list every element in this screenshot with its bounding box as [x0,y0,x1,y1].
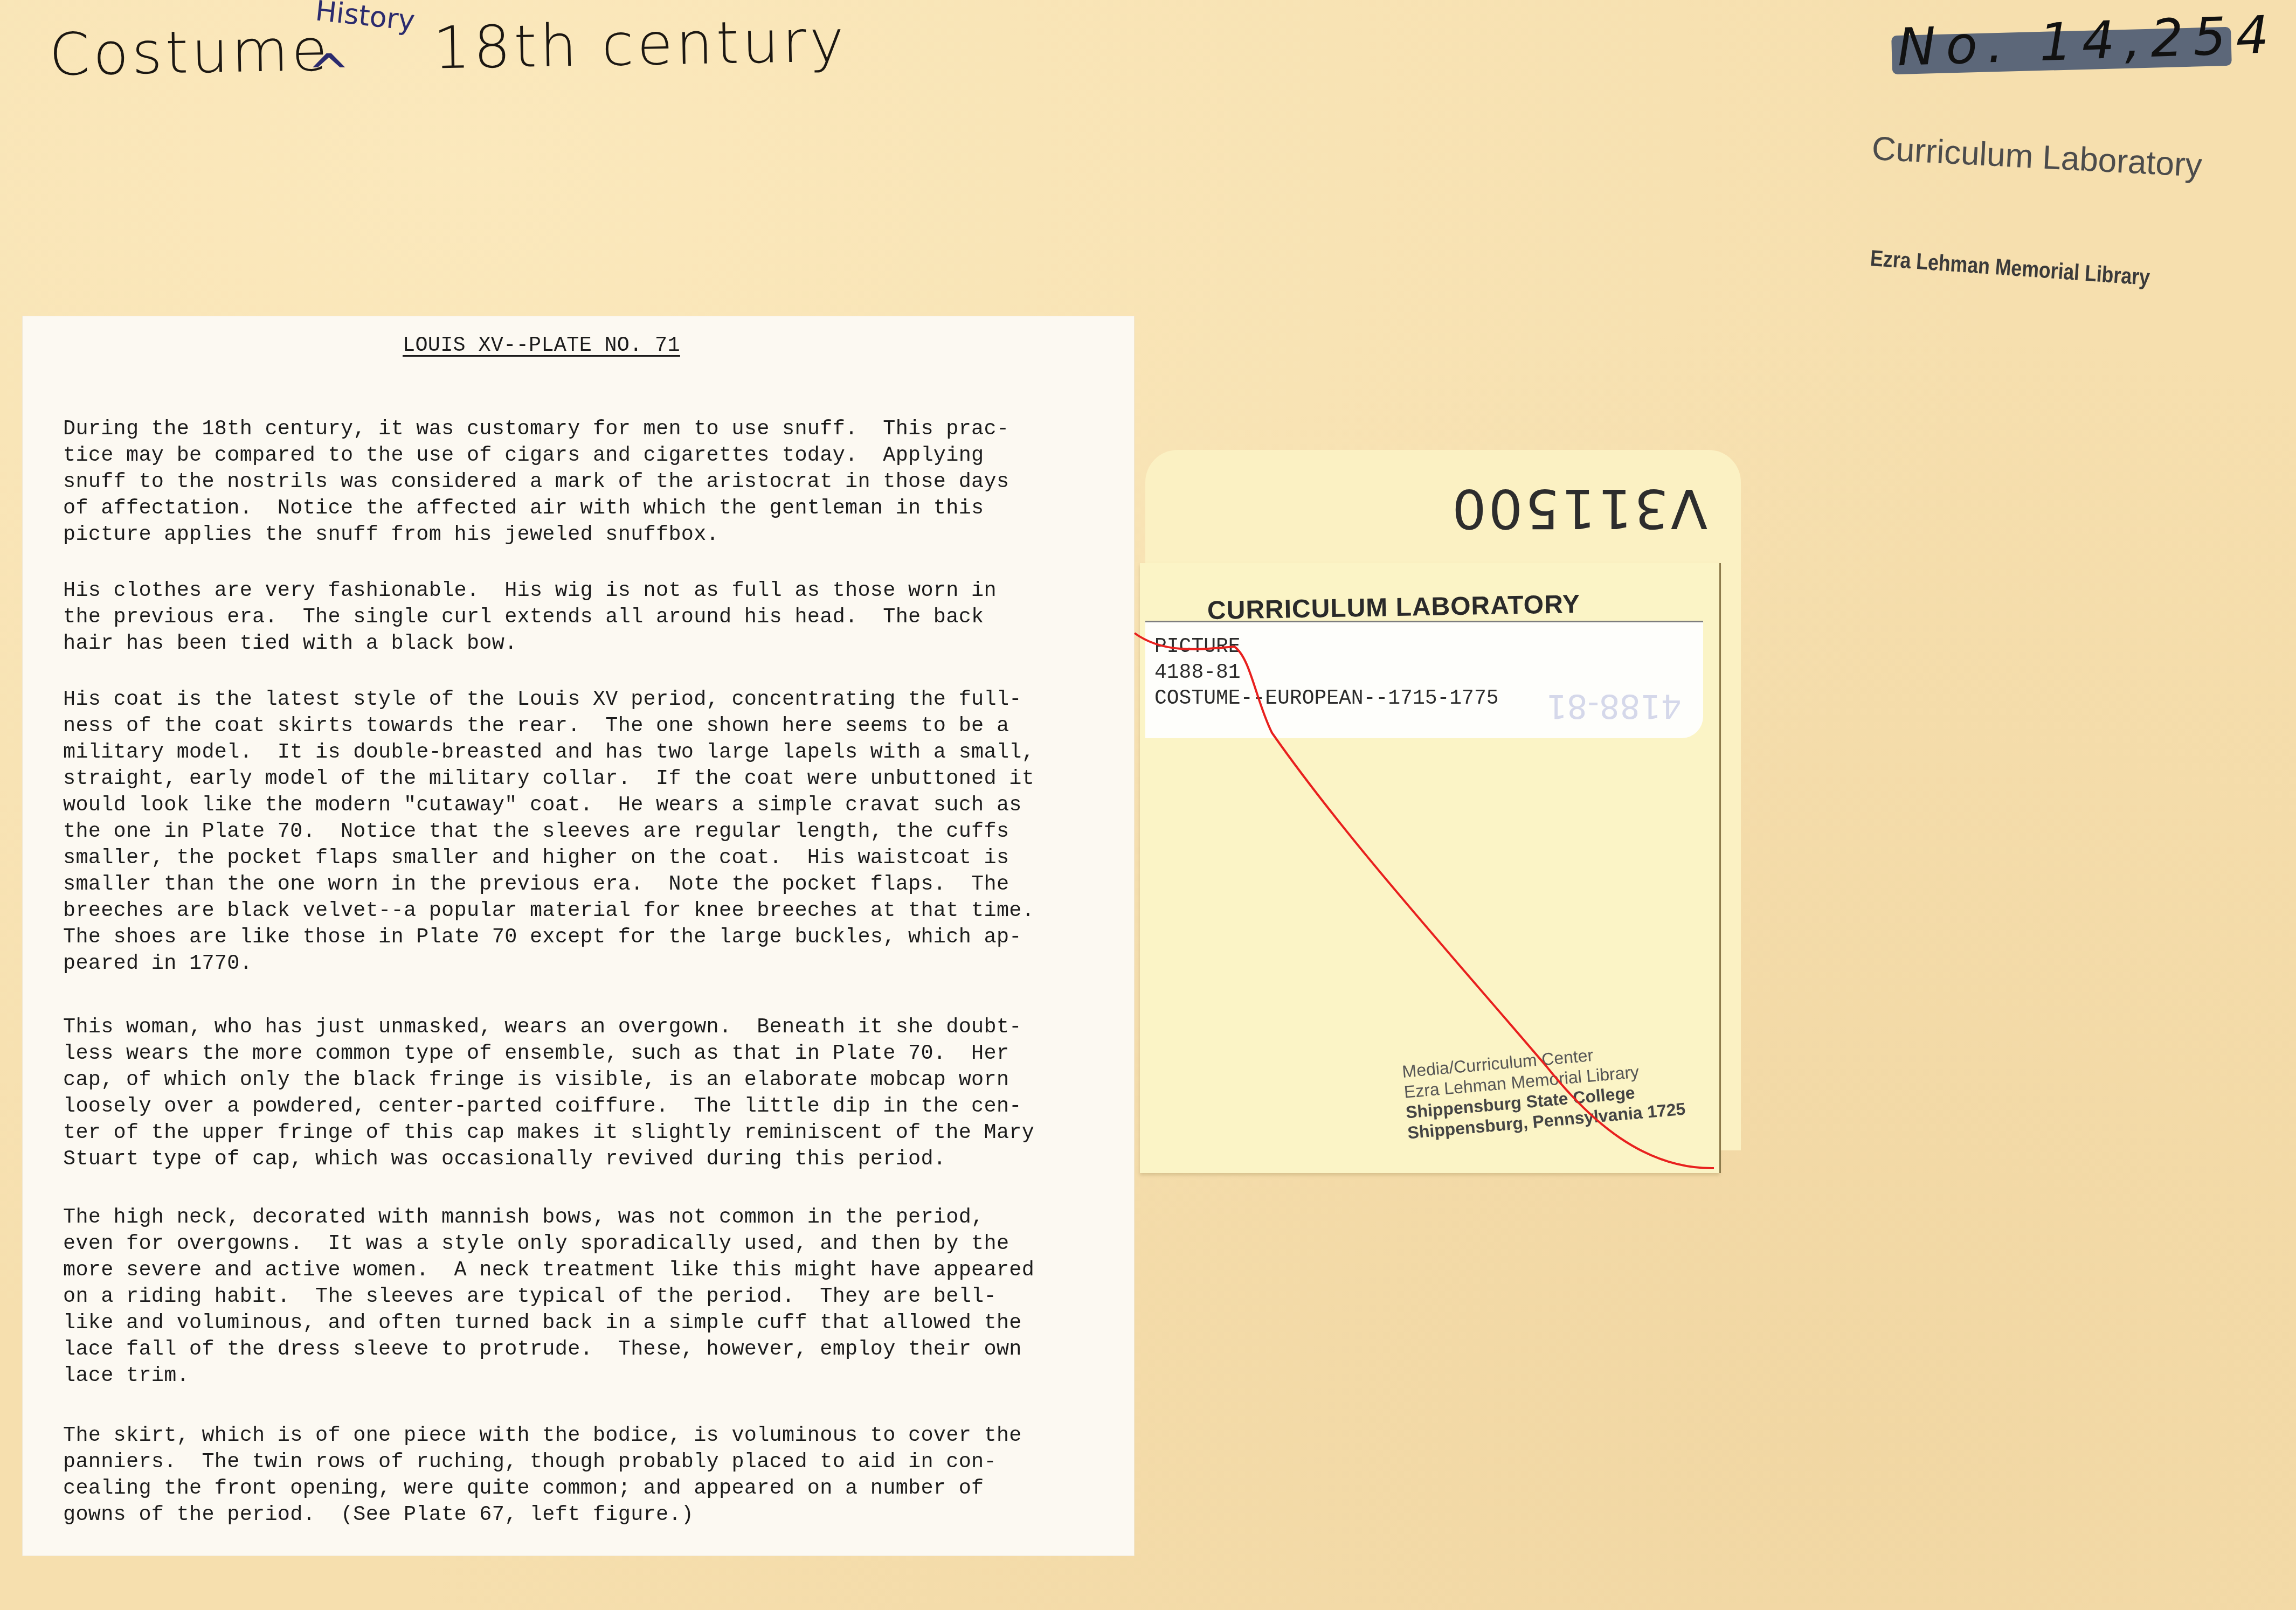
typed-description-sheet: LOUIS XV--PLATE NO. 71 During the 18th c… [23,316,1134,1556]
paragraph-snuff: During the 18th century, it was customar… [63,416,1009,548]
title-word-costume: Costume [49,17,331,89]
label-call-number: 4188-81 [1154,660,1241,686]
title-word-century: 18th century [433,8,848,82]
pocket-label: PICTURE 4188-81 COSTUME--EUROPEAN--1715-… [1145,621,1703,738]
caret-spacer [352,68,412,70]
plate-title: LOUIS XV--PLATE NO. 71 [403,332,680,359]
card-handwritten-number: V311500 [1450,477,1707,540]
stamp-ezra-lehman-library: Ezra Lehman Memorial Library [1870,245,2151,290]
paragraph-wig: His clothes are very fashionable. His wi… [63,578,997,657]
paragraph-coat: His coat is the latest style of the Loui… [63,686,1034,977]
insertion-caret-icon: ^ [307,43,350,103]
paragraph-skirt: The skirt, which is of one piece with th… [63,1422,1022,1528]
paragraph-woman: This woman, who has just unmasked, wears… [63,1014,1034,1172]
label-ghost-text: 4188-81 [1546,687,1682,725]
label-type: PICTURE [1154,634,1241,660]
paragraph-neck: The high neck, decorated with mannish bo… [63,1204,1034,1389]
stamp-curriculum-laboratory: Curriculum Laboratory [1871,129,2203,185]
accession-number: No. 14,254 [1896,4,2279,78]
label-subject: COSTUME--EUROPEAN--1715-1775 [1154,686,1499,712]
handwritten-title: Costume 18th century [49,8,848,89]
